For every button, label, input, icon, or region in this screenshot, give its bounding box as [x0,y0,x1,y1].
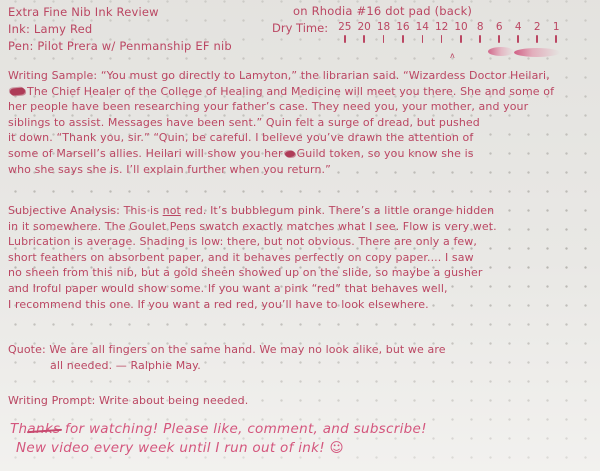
dry-time-value: 10 [454,21,467,33]
corrected-word: Thanks [10,421,60,437]
caret-mark: ʌ [450,51,455,60]
dry-time-value: 6 [496,21,503,33]
scribble-mark [10,87,26,95]
writing-sample: Writing Sample: “You must go directly to… [8,68,554,177]
dry-time-value: 12 [435,21,448,33]
paper-note: on Rhodia #16 dot pad (back) [293,4,472,18]
quote-line: Quote: We are all fingers on the same ha… [8,342,446,358]
notebook-page: Extra Fine Nib Ink Review Ink: Lamy Red … [0,0,600,471]
dry-time-label: Dry Time: [272,21,328,35]
dry-time-value: 1 [553,21,560,33]
dry-time-tick [441,35,443,43]
closing-line: Thanks for watching! Please like, commen… [10,421,427,437]
closing-section: Thanks for watching! Please like, commen… [10,421,427,456]
writing-sample-line: siblings to assist. Messages have been s… [8,115,554,131]
writing-sample-line: The Chief Healer of the College of Heali… [8,84,554,100]
analysis-line: in it somewhere. The Goulet Pens swatch … [8,219,497,235]
closing-line: New video every week until I run out of … [10,440,427,456]
dry-time-tick [498,35,500,43]
writing-prompt: Writing Prompt: Write about being needed… [8,393,248,409]
dry-time-value: 18 [377,21,390,33]
writing-sample-line: Writing Sample: “You must go directly to… [8,68,554,84]
ink-line: Ink: Lamy Red [8,22,92,36]
writing-sample-line: it down. “Thank you, sir.” “Quin, be car… [8,130,554,146]
dry-time-tick [383,35,385,43]
pen-line: Pen: Pilot Prera w/ Penmanship EF nib [8,39,232,53]
dry-time-ruler: 25 20 18 16 14 12 10 8 6 4 2 1 [338,21,563,43]
dry-time-tick [402,35,404,43]
dry-time-tick [517,35,519,43]
analysis-line: Subjective Analysis: This is not red. It… [8,203,497,219]
dry-time-value: 8 [477,21,484,33]
quote-section: Quote: We are all fingers on the same ha… [8,342,446,373]
dry-time-value: 16 [396,21,409,33]
dry-time-scale: Dry Time: 25 20 18 16 14 12 10 8 6 4 2 1… [272,21,563,43]
dry-time-value: 4 [515,21,522,33]
analysis-line: short feathers on absorbent paper, and i… [8,250,497,266]
analysis-line: Lubrication is average. Shading is low: … [8,234,497,250]
writing-sample-line: some of Marsell’s allies. Heilari will s… [8,146,554,162]
dry-time-value: 14 [416,21,429,33]
writing-sample-line: who she says she is. I’ll explain furthe… [8,162,554,178]
dry-time-value: 2 [534,21,541,33]
dry-time-tick [555,35,557,43]
dry-time-tick [536,35,538,43]
scribble-mark [284,151,294,158]
dry-time-tick [363,35,365,43]
dry-time-tick [479,35,481,43]
dry-time-tick [422,35,424,43]
underlined-word: not [163,204,181,217]
dry-time-value: 20 [357,21,370,33]
dry-time-tick [460,35,462,43]
dry-time-value: 25 [338,21,351,33]
analysis-line: and Iroful paper would show some. If you… [8,281,497,297]
analysis-line: no sheen from this nib, but a gold sheen… [8,265,497,281]
dry-time-tick [344,35,346,43]
analysis-line: I recommend this one. If you want a red … [8,297,497,313]
quote-line: all needed. — Ralphie May. [8,358,446,374]
subjective-analysis: Subjective Analysis: This is not red. It… [8,203,497,312]
page-title: Extra Fine Nib Ink Review [8,5,159,19]
ink-smear [488,47,514,56]
writing-sample-line: her people have been researching your fa… [8,99,554,115]
ink-smear [514,48,560,57]
